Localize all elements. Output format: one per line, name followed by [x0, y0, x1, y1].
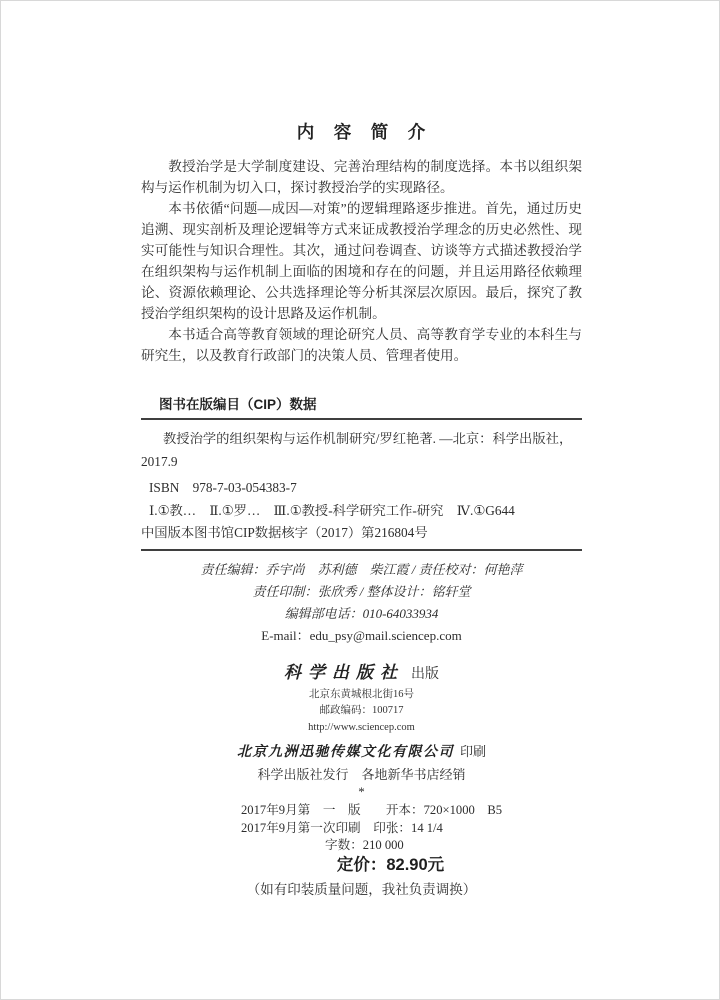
publisher-name-line: 科学出版社 出版 [141, 660, 582, 687]
word-count-line: 字数：210 000 [241, 837, 582, 855]
publish-label: 出版 [411, 667, 439, 682]
book-copyright-page: 内 容 简 介 教授治学是大学制度建设、完善治理结构的制度选择。本书以组织架构与… [0, 0, 720, 1000]
price-line: 定价：82.90元 [141, 855, 582, 876]
intro-paragraph-1: 教授治学是大学制度建设、完善治理结构的制度选择。本书以组织架构与运作机制为切入口… [141, 156, 582, 198]
publisher-name: 科学出版社 [284, 663, 404, 682]
intro-paragraph-2: 本书依循“问题—成因—对策”的逻辑理路逐步推进。首先，通过历史追溯、现实剖析及理… [141, 198, 582, 324]
quality-note-line: （如有印装质量问题，我社负责调换） [141, 880, 582, 899]
printer-name: 北京九洲迅驰传媒文化有限公司 [237, 745, 454, 760]
print-design-line: 责任印制：张欣秀 / 整体设计：铭轩堂 [141, 581, 582, 603]
star-divider: * [141, 785, 582, 799]
publisher-address: 北京东黄城根北街16号 [141, 687, 582, 704]
email-line: E-mail：edu_psy@mail.sciencep.com [141, 625, 582, 647]
distribution-line: 科学出版社发行 各地新华书店经销 [141, 764, 582, 785]
intro-section: 教授治学是大学制度建设、完善治理结构的制度选择。本书以组织架构与运作机制为切入口… [141, 156, 582, 366]
publisher-postcode: 邮政编码：100717 [141, 703, 582, 720]
cip-isbn-line: ISBN 978-7-03-054383-7 [141, 477, 582, 500]
cip-classification-line: Ⅰ.①教… Ⅱ.①罗… Ⅲ.①教授-科学研究工作-研究 Ⅳ.①G644 [141, 500, 582, 523]
intro-paragraph-3: 本书适合高等教育领域的理论研究人员、高等教育学专业的本科生与研究生，以及教育行政… [141, 324, 582, 366]
editorial-phone-line: 编辑部电话：010-64033934 [141, 603, 582, 625]
responsible-editors-line: 责任编辑：乔宇尚 苏利德 柴江霞 / 责任校对：何艳萍 [141, 559, 582, 581]
cip-section: 图书在版编目（CIP）数据 教授治学的组织架构与运作机制研究/罗红艳著. —北京… [141, 397, 582, 551]
cip-header: 图书在版编目（CIP）数据 [141, 397, 582, 413]
publisher-website: http://www.sciencep.com [141, 720, 582, 737]
cip-record-line: 中国版本图书馆CIP数据核字（2017）第216804号 [141, 522, 582, 545]
publisher-section: 科学出版社 出版 北京东黄城根北街16号 邮政编码：100717 http://… [141, 660, 582, 800]
printer-label: 印刷 [460, 744, 486, 759]
staff-credits-section: 责任编辑：乔宇尚 苏利德 柴江霞 / 责任校对：何艳萍 责任印制：张欣秀 / 整… [141, 559, 582, 647]
edition-line-1: 2017年9月第 一 版 开本：720×1000 B5 [241, 802, 582, 820]
intro-title: 内 容 简 介 [141, 119, 582, 146]
cip-top-rule [141, 418, 582, 420]
cip-year-line: 2017.9 [141, 451, 582, 474]
edition-line-2: 2017年9月第一次印刷 印张：14 1/4 [241, 820, 582, 838]
page-content: 内 容 简 介 教授治学是大学制度建设、完善治理结构的制度选择。本书以组织架构与… [141, 119, 582, 899]
printer-line: 北京九洲迅驰传媒文化有限公司 印刷 [141, 741, 582, 764]
edition-section: 2017年9月第 一 版 开本：720×1000 B5 2017年9月第一次印刷… [241, 802, 582, 855]
cip-bottom-rule [141, 549, 582, 551]
cip-title-line: 教授治学的组织架构与运作机制研究/罗红艳著. —北京：科学出版社， [141, 428, 582, 451]
